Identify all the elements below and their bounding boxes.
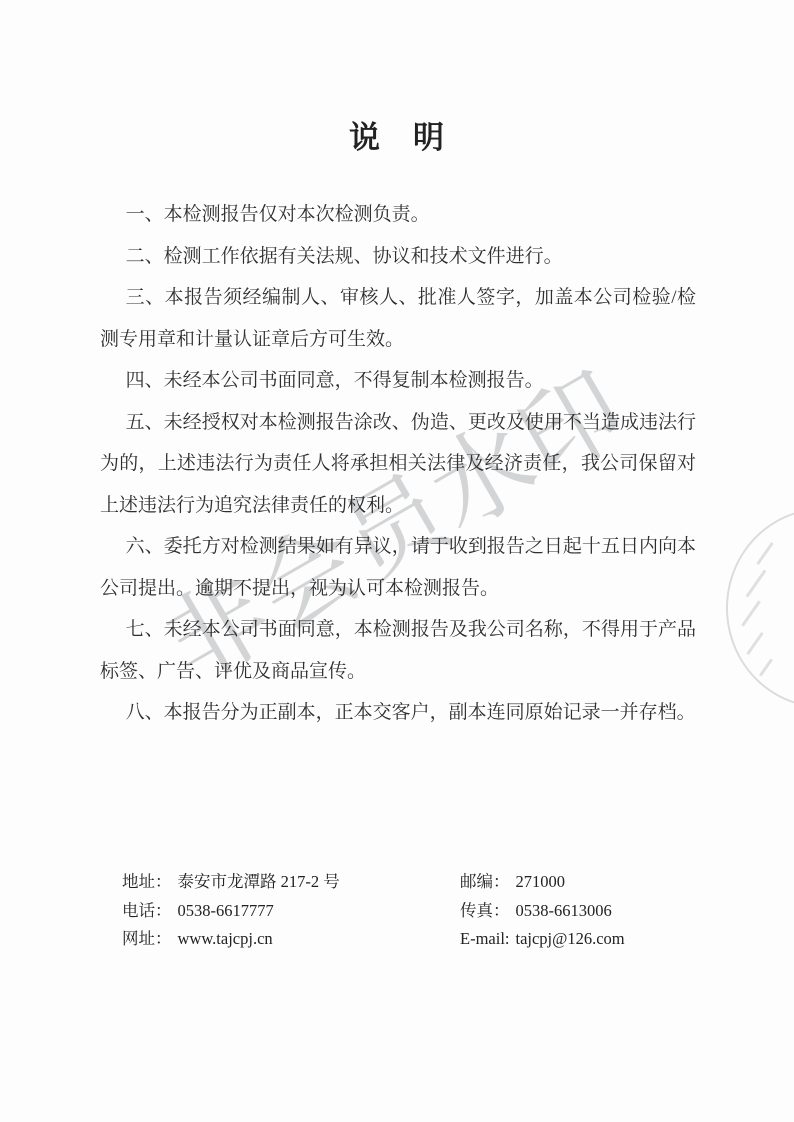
seal-glyph-mark <box>746 570 767 598</box>
email-label: E-mail: <box>460 929 509 948</box>
postcode-value: 271000 <box>516 872 566 891</box>
contact-row-postcode: 邮编：271000 <box>460 868 625 897</box>
notes-section: 一、本检测报告仅对本次检测负责。 二、检测工作依据有关法规、协议和技术文件进行。… <box>100 194 696 734</box>
note-item-2: 二、检测工作依据有关法规、协议和技术文件进行。 <box>100 236 696 278</box>
note-item-3: 三、本报告须经编制人、审核人、批准人签字，加盖本公司检验/检测专用章和计量认证章… <box>100 277 696 360</box>
address-value: 泰安市龙潭路 217-2 号 <box>178 872 340 891</box>
contact-column-right: 邮编：271000 传真：0538-6613006 E-mail:tajcpj@… <box>460 868 625 954</box>
page-title: 说 明 <box>0 112 794 157</box>
note-item-6: 六、委托方对检测结果如有异议，请于收到报告之日起十五日内向本公司提出。逾期不提出… <box>100 526 696 609</box>
postcode-label: 邮编： <box>460 872 510 891</box>
contact-row-phone: 电话：0538-6617777 <box>122 897 340 926</box>
contact-row-email: E-mail:tajcpj@126.com <box>460 925 625 954</box>
fax-value: 0538-6613006 <box>516 901 612 920</box>
email-value: tajcpj@126.com <box>515 929 624 948</box>
seal-glyph-mark <box>746 632 763 655</box>
note-item-1: 一、本检测报告仅对本次检测负责。 <box>100 194 696 236</box>
seal-glyph-mark <box>741 600 761 626</box>
seal-glyph-mark <box>759 658 773 676</box>
note-item-7: 七、未经本公司书面同意，本检测报告及我公司名称，不得用于产品标签、广告、评优及商… <box>100 609 696 692</box>
note-item-4: 四、未经本公司书面同意，不得复制本检测报告。 <box>100 360 696 402</box>
seal-glyph-mark <box>756 542 773 565</box>
website-value: www.tajcpj.cn <box>178 929 273 948</box>
note-item-8: 八、本报告分为正副本，正本交客户，副本连同原始记录一并存档。 <box>100 692 696 734</box>
contact-row-address: 地址：泰安市龙潭路 217-2 号 <box>122 868 340 897</box>
contact-row-website: 网址：www.tajcpj.cn <box>122 925 340 954</box>
fax-label: 传真： <box>460 901 510 920</box>
document-page: 非会员水印 说 明 一、本检测报告仅对本次检测负责。 二、检测工作依据有关法规、… <box>0 0 794 1122</box>
address-label: 地址： <box>122 872 172 891</box>
partial-seal-stamp <box>726 508 794 708</box>
contact-column-left: 地址：泰安市龙潭路 217-2 号 电话：0538-6617777 网址：www… <box>122 868 340 954</box>
contact-row-fax: 传真：0538-6613006 <box>460 897 625 926</box>
note-item-5: 五、未经授权对本检测报告涂改、伪造、更改及使用不当造成违法行为的，上述违法行为责… <box>100 402 696 527</box>
phone-value: 0538-6617777 <box>178 901 274 920</box>
phone-label: 电话： <box>122 901 172 920</box>
website-label: 网址： <box>122 929 172 948</box>
